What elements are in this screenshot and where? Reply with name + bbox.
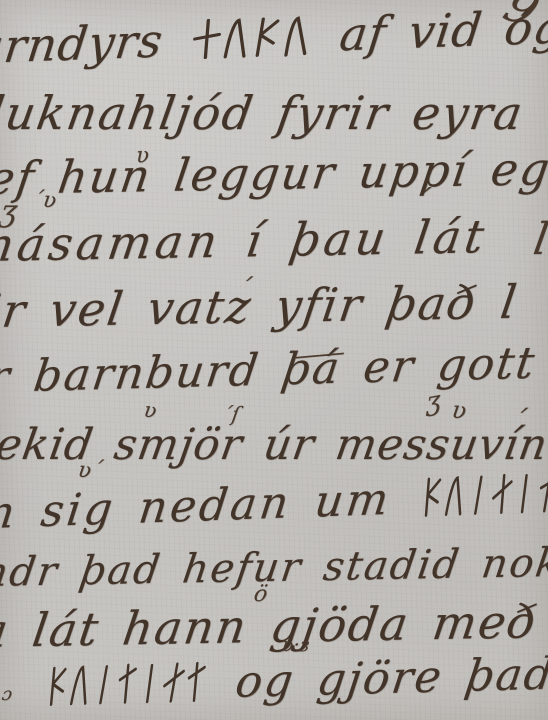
handwriting-text: arndyrs — [0, 13, 189, 75]
runic-word — [43, 658, 211, 713]
rune-a-glyph — [489, 471, 514, 517]
diacritic-mark: ʒ — [426, 385, 441, 418]
diacritic-mark: ʋ — [142, 398, 159, 422]
handwriting-text: n sig nedan um — [0, 473, 418, 539]
diacritic-mark: l — [530, 214, 548, 265]
handwriting-text: r barnburd þá er gott a — [0, 336, 548, 403]
handwriting-line: a lát hann gjöda með — [0, 594, 541, 658]
runic-word — [188, 8, 315, 66]
rune-u-glyph — [281, 13, 313, 59]
rune-u-glyph — [220, 15, 253, 60]
diacritic-mark: ʋ·ɜ — [280, 634, 311, 656]
rune-t-glyph — [114, 661, 139, 707]
handwriting-text: ef hun leggur uppí eg — [0, 142, 548, 205]
handwriting-line: r barnburd þá er gott a — [0, 336, 548, 403]
rune-k-glyph — [249, 15, 284, 59]
diacritic-mark: ―― — [295, 338, 345, 370]
handwriting-line: ef hun leggur uppí eg — [0, 142, 548, 205]
rune-k-glyph — [420, 474, 445, 520]
rune-cross-glyph — [191, 16, 223, 62]
handwriting-text: ndr þad hefur stadid nokkd — [0, 539, 548, 596]
handwriting-line: ndr þad hefur stadid nokkd — [0, 539, 548, 596]
handwriting-text: ir vel vatz yfir það l — [0, 275, 522, 338]
handwriting-line: ſluknahljód fyrir eyra — [0, 86, 528, 140]
diacritic-mark: ɔ — [0, 684, 13, 705]
rune-a-glyph — [158, 660, 187, 705]
diacritic-mark: ʋ´ — [76, 458, 104, 483]
handwriting-line: arndyrs af vid óg — [0, 0, 548, 74]
diacritic-mark: ´ʋ — [30, 188, 58, 213]
runic-word — [418, 467, 548, 524]
handwriting-text: ſluknahljód fyrir eyra — [0, 86, 528, 140]
rune-k-glyph — [45, 663, 70, 709]
manuscript-page: arndyrs af vid ógſluknahljód fyrir eyrae… — [0, 0, 548, 720]
diacritic-mark: ʋ — [136, 142, 150, 169]
handwriting-text: a lát hann gjöda með — [0, 594, 541, 658]
rune-t-glyph — [183, 659, 208, 705]
handwriting-line: ir vel vatz yfir það l — [0, 275, 522, 338]
handwriting-text: og gjöre þad þang — [210, 645, 548, 709]
